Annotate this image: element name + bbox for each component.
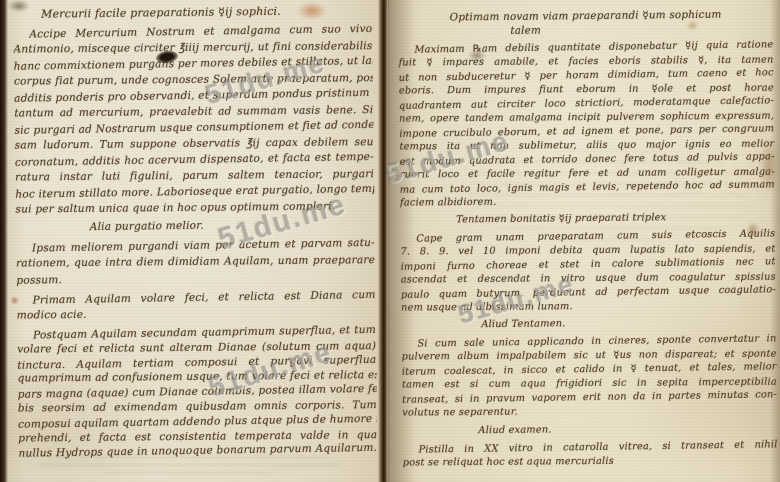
book-gutter xyxy=(378,0,390,482)
manuscript-line: post se reliquat hoc est aqua mercuriali… xyxy=(403,454,778,471)
left-page-heading: Mercurii facile praeparationis ☿ij sophi… xyxy=(13,3,372,22)
left-paragraph-4: Postquam Aquilam secundam quamprimum sup… xyxy=(17,324,378,462)
left-page-text: Mercurii facile praeparationis ☿ij sophi… xyxy=(13,3,378,462)
right-paragraph-1: Maximam ℞am debilis quantitate disponeba… xyxy=(398,39,775,211)
manuscript-line: sui per saltum unica quae in hoc opus op… xyxy=(15,198,374,217)
right-page: Optimam novam viam praeparandi ☿um sophi… xyxy=(387,0,780,482)
left-paragraph-1: Accipe Mercurium Nostrum et amalgama cum… xyxy=(13,22,374,218)
manuscript-photo: Mercurii facile praeparationis ☿ij sophi… xyxy=(0,0,780,482)
left-page: Mercurii facile praeparationis ☿ij sophi… xyxy=(0,0,381,482)
right-paragraph-4: Pistilla in XX vitro in catarolla vitrea… xyxy=(403,439,778,471)
manuscript-line: modico acie. xyxy=(17,304,376,323)
left-subheading-alia-purgatio: Alia purgatio melior. xyxy=(16,217,375,236)
right-paragraph-2: Cape gram unam praeparatam cum suis etco… xyxy=(400,228,776,316)
right-subheading-aliud-examen: Aliud examen. xyxy=(402,420,777,439)
manuscript-line: faciem albidiorem. xyxy=(400,194,775,211)
right-subheading-aliud-tentamen: Aliud Tentamen. xyxy=(401,314,776,333)
right-subheading-tentamen: Tentamen bonitatis ☿ij praeparati triple… xyxy=(400,209,775,228)
manuscript-line: volutus ne separentur. xyxy=(402,404,777,421)
left-paragraph-2: Ipsam meliorem purgandi viam per acetum … xyxy=(16,236,376,288)
book-left-edge xyxy=(0,0,8,482)
right-page-text: Optimam novam viam praeparandi ☿um sophi… xyxy=(398,7,778,471)
manuscript-line: nem usque ad albissimam lunam. xyxy=(401,299,776,316)
left-paragraph-3: Primam Aquilam volare feci, et relicta e… xyxy=(16,288,375,324)
right-paragraph-3: Si cum sale unica applicando in cineres,… xyxy=(401,333,777,421)
